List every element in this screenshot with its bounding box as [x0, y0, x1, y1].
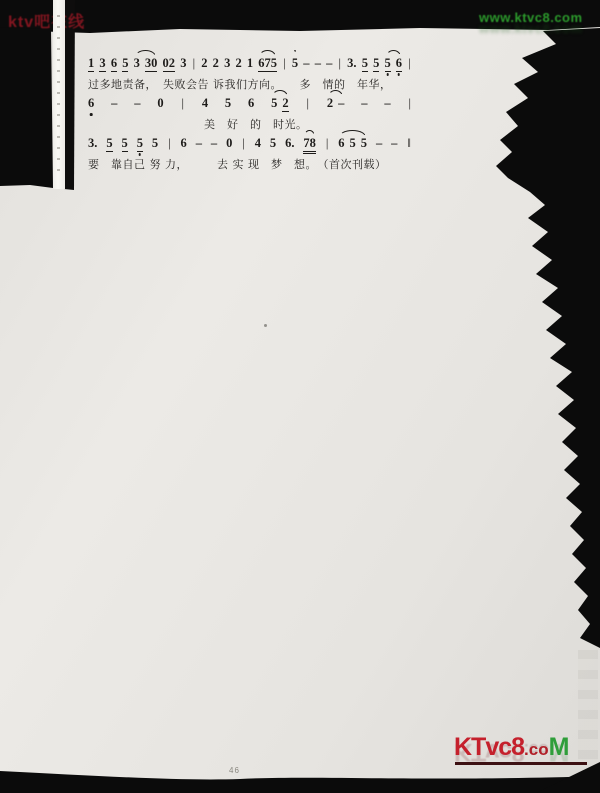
- note-token: 5: [271, 96, 277, 111]
- scanned-sheet-page: ktv吧在线 www.ktvc8.com 1365330023|22321675…: [0, 0, 600, 793]
- slur-group: 56: [385, 56, 403, 72]
- slur-group: 675: [258, 56, 277, 72]
- note-token: 6.: [285, 136, 294, 151]
- note-token: 2: [282, 96, 288, 112]
- scan-smudge: [578, 650, 598, 760]
- note-token: 2: [213, 56, 219, 71]
- note-token: –: [384, 96, 390, 111]
- lyrics-line-3: 要 靠自己 努 力， 去 实 现 梦 想。 （首次刊载）: [88, 156, 412, 169]
- note-token: –: [303, 56, 309, 71]
- note-token: 5: [270, 136, 276, 151]
- site-logo: KTvc8.coM: [454, 733, 568, 762]
- barline: |: [167, 136, 172, 151]
- note-token: 0: [226, 136, 232, 151]
- note-token: 3.: [88, 136, 97, 151]
- barline: |: [407, 96, 412, 111]
- note-token: 5: [292, 56, 298, 71]
- note-token: 5: [152, 136, 158, 151]
- note-token: 3: [99, 56, 105, 72]
- note-token: 6: [396, 56, 402, 72]
- barline: ‖: [406, 136, 412, 151]
- lyrics-line-1: 过多地责备， 失败会告 诉我们方向。 多 情的 年华，: [88, 76, 412, 89]
- sheet-music: 1365330023|22321675|5–––|3.5556| 过多地责备， …: [88, 56, 412, 176]
- note-token: 3: [180, 56, 186, 71]
- barline: |: [306, 96, 311, 111]
- note-token: 1: [247, 56, 253, 71]
- watermark-top-right-url: www.ktvc8.com: [479, 10, 583, 25]
- note-token: 3.: [347, 56, 356, 71]
- book-spine-strip: [53, 0, 65, 189]
- note-token: 78: [303, 136, 316, 154]
- note-token: –: [211, 136, 217, 151]
- note-token: 4: [255, 136, 261, 151]
- slur-group: 5: [292, 56, 298, 71]
- note-token: 4: [202, 96, 208, 111]
- barline: |: [338, 56, 343, 71]
- barline: |: [192, 56, 197, 71]
- logo-text-dotco: .co: [524, 740, 549, 759]
- note-token: 30: [145, 56, 158, 72]
- note-token: 2: [201, 56, 207, 71]
- note-token: 5: [350, 136, 356, 151]
- note-token: –: [361, 96, 367, 111]
- note-token: 6: [338, 136, 344, 151]
- barline: |: [407, 56, 412, 71]
- note-token: –: [315, 56, 321, 71]
- slur-group: 2–: [327, 96, 345, 111]
- watermark-top-left: ktv吧在线: [8, 9, 85, 32]
- note-token: 6: [248, 96, 254, 111]
- lyrics-line-2: 美 好 的 时光。: [88, 116, 412, 129]
- note-token: –: [196, 136, 202, 151]
- note-token: 5: [137, 136, 143, 152]
- note-token: 2: [235, 56, 241, 71]
- note-token: 5: [385, 56, 391, 72]
- page-number: 46: [229, 766, 240, 775]
- note-token: 6: [88, 96, 94, 111]
- note-token: 6: [111, 56, 117, 72]
- note-token: 5: [361, 136, 367, 151]
- notes-line-1: 1365330023|22321675|5–––|3.5556|: [88, 56, 412, 71]
- barline: |: [282, 56, 287, 71]
- note-token: –: [111, 96, 117, 111]
- barline: |: [241, 136, 246, 151]
- note-token: 5: [122, 136, 128, 152]
- note-token: –: [326, 56, 332, 71]
- barline: |: [325, 136, 330, 151]
- note-token: 5: [225, 96, 231, 111]
- note-token: 02: [163, 56, 176, 72]
- note-token: 0: [157, 96, 163, 111]
- barline: |: [180, 96, 185, 111]
- note-token: 5: [122, 56, 128, 72]
- slur-group: 52: [271, 96, 289, 112]
- logo-underline: [455, 762, 587, 765]
- logo-text-red: KTvc8: [454, 733, 524, 761]
- slur-group: 655: [338, 136, 367, 151]
- ink-speck: [264, 324, 267, 327]
- notes-line-2: 6––0|45652|2–––|: [88, 96, 412, 111]
- note-token: 2: [327, 96, 333, 111]
- slur-group: 330: [134, 56, 158, 72]
- note-token: 675: [258, 56, 277, 72]
- notes-line-3: 3.5555|6––0|456.78|655––‖: [88, 136, 412, 151]
- note-token: –: [376, 136, 382, 151]
- note-token: –: [134, 96, 140, 111]
- note-token: 5: [362, 56, 368, 72]
- note-token: 1: [88, 56, 94, 72]
- note-token: 5: [106, 136, 112, 152]
- note-token: 6: [181, 136, 187, 151]
- slur-group: 78: [303, 136, 316, 154]
- logo-text-green-m: M: [549, 733, 569, 761]
- note-token: 3: [134, 56, 140, 71]
- note-token: –: [338, 96, 344, 111]
- note-token: 3: [224, 56, 230, 71]
- note-token: –: [391, 136, 397, 151]
- spine-faint-text: [57, 10, 60, 175]
- note-token: 5: [373, 56, 379, 72]
